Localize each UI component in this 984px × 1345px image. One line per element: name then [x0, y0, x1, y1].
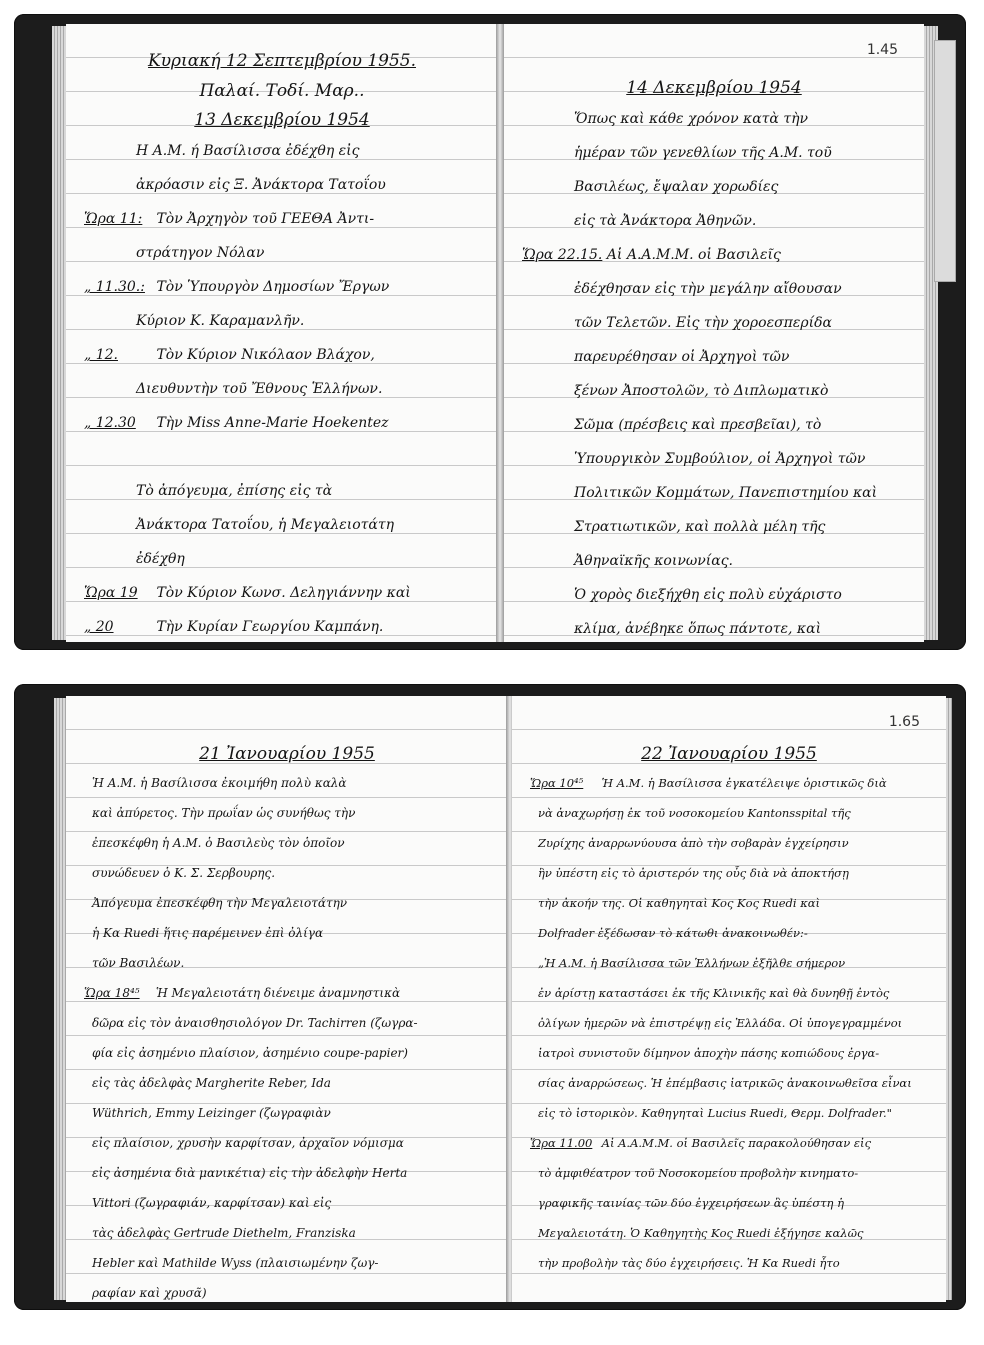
entry-time: „ 12.	[84, 338, 152, 372]
diary-page-right: 1.65 22 Ἰανουαρίου 1955 Ὥρα 10⁴⁵ Ἡ Α.Μ. …	[512, 696, 946, 1302]
entry-text: Ἡ Μεγαλειοτάτη διένειμε ἀναμνηστικὰ	[152, 986, 400, 1000]
diary-line: τῶν Βασιλέων.	[84, 948, 490, 978]
entry-text: Τὴν Κυρίαν Γεωργίου Καμπάνη.	[152, 619, 383, 635]
book-spine	[496, 24, 504, 642]
diary-line: εἰς τὰς ἀδελφὰς Margherite Reber, Ida	[84, 1068, 490, 1098]
diary-line: παρευρέθησαν οἱ Ἀρχηγοὶ τῶν	[522, 340, 906, 374]
diary-line: εἰς τὸ ἱστορικὸν. Καθηγηταὶ Lucius Ruedi…	[530, 1098, 928, 1128]
diary-line: ἐδέχθησαν εἰς τὴν μεγάλην αἴθουσαν	[522, 272, 906, 306]
diary-line: Βασιλέως, ἔψαλαν χορωδίες	[522, 170, 906, 204]
notebook-top: Κυριακή 12 Σεπτεμβρίου 1955. Παλαί. Τοδί…	[14, 14, 966, 650]
entry-date: 22 Ἰανουαρίου 1955	[530, 740, 928, 768]
diary-line: Ἀπόγευμα ἐπεσκέφθη τὴν Μεγαλειοτάτην	[84, 888, 490, 918]
diary-line: Ὥρα 11: Τὸν Ἀρχηγὸν τοῦ ΓΕΕΘΑ Ἀντι-	[84, 202, 480, 236]
entry-text: Τὸν Ὑπουργὸν Δημοσίων Ἔργων	[152, 279, 389, 295]
entry-text: Τὸν Κύριον Κωνσ. Δεληγιάννην καὶ	[152, 585, 411, 601]
diary-line: στράτηγον Νόλαν	[84, 236, 480, 270]
diary-page-left: Κυριακή 12 Σεπτεμβρίου 1955. Παλαί. Τοδί…	[66, 24, 498, 642]
diary-line: Ἀνάκτορα Τατοΐου, ἡ Μεγαλειοτάτη	[84, 508, 480, 542]
entry-time: Ὥρα 10⁴⁵	[530, 768, 598, 798]
entry-text: Τὸν Κύριον Νικόλαον Βλάχον,	[152, 347, 375, 363]
diary-line: Dolfrader ἐξέδωσαν τὸ κάτωθι ἀνακοινωθέν…	[530, 918, 928, 948]
diary-line: γραφικῆς ταινίας τῶν δύο ἐγχειρήσεων ἃς …	[530, 1188, 928, 1218]
entry-lines: Ὥρα 10⁴⁵ Ἡ Α.Μ. ἡ Βασίλισσα ἐγκατέλειψε …	[530, 768, 928, 1278]
diary-line: ξένων Ἀποστολῶν, τὸ Διπλωματικὸ	[522, 374, 906, 408]
diary-line: Vittori (ζωγραφιάν, καρφίτσαν) καὶ εἰς	[84, 1188, 490, 1218]
entry-time: Ὥρα 11.00	[530, 1128, 598, 1158]
page-edges-left	[52, 26, 66, 640]
diary-line: Κύριον Κ. Καραμανλῆν.	[84, 304, 480, 338]
page-edges-right	[946, 698, 952, 1300]
diary-line: φία εἰς ἀσημένιο πλαίσιον, ἀσημένιο coup…	[84, 1038, 490, 1068]
entry-header: Κυριακή 12 Σεπτεμβρίου 1955.	[84, 46, 480, 76]
diary-line: εἰς πλαίσιον, χρυσὴν καρφίτσαν, ἀρχαῖον …	[84, 1128, 490, 1158]
diary-line: Ἀθηναϊκῆς κοινωνίας.	[522, 544, 906, 578]
diary-line: „ 12.30 Τὴν Miss Anne-Marie Hoekentez	[84, 406, 480, 440]
entry-time: „ 20	[84, 610, 152, 642]
entry-lines: Ὅπως καὶ κάθε χρόνον κατὰ τὴνἡμέραν τῶν …	[522, 102, 906, 642]
entry-time: Ὥρα 19	[84, 576, 152, 610]
entry-lines: Η Α.Μ. ή Βασίλισσα ἐδέχθη εἰςἀκρόασιν εἰ…	[84, 134, 480, 642]
entry-lines: Ἡ Α.Μ. ἡ Βασίλισσα ἐκοιμήθη πολὺ καλὰκαὶ…	[84, 768, 490, 1302]
diary-line: καὶ ἀπύρετος. Τὴν πρωΐαν ὡς συνήθως τὴν	[84, 798, 490, 828]
diary-line: Ὅπως καὶ κάθε χρόνον κατὰ τὴν	[522, 102, 906, 136]
entry-time: Ὥρα 11:	[84, 202, 152, 236]
diary-line: ἣν ὑπέστη εἰς τὸ ἀριστερόν της οὖς διὰ ν…	[530, 858, 928, 888]
diary-line: Hebler καὶ Mathilde Wyss (πλαισιωμένην ζ…	[84, 1248, 490, 1278]
diary-line: Ὥρα 11.00 Αἱ Α.Α.Μ.Μ. οἱ Βασιλεῖς παρακο…	[530, 1128, 928, 1158]
diary-line: Στρατιωτικῶν, καὶ πολλὰ μέλη τῆς	[522, 510, 906, 544]
entry-time: „ 11.30.:	[84, 270, 152, 304]
diary-line: Ὥρα 18⁴⁵ Ἡ Μεγαλειοτάτη διένειμε ἀναμνησ…	[84, 978, 490, 1008]
diary-line: Πολιτικῶν Κομμάτων, Πανεπιστημίου καὶ	[522, 476, 906, 510]
paper-tab	[934, 40, 956, 282]
notebook-bottom: 21 Ἰανουαρίου 1955 Ἡ Α.Μ. ἡ Βασίλισσα ἐκ…	[14, 684, 966, 1310]
diary-line: ἐδέχθη	[84, 542, 480, 576]
diary-line: Ὁ χορὸς διεξήχθη εἰς πολὺ εὐχάριστο	[522, 578, 906, 612]
diary-line: νὰ ἀναχωρήσῃ ἐκ τοῦ νοσοκομείου Kantonss…	[530, 798, 928, 828]
entry-text: Αἱ Α.Α.Μ.Μ. οἱ Βασιλεῖς παρακολούθησαν ε…	[598, 1136, 871, 1150]
diary-line: δῶρα εἰς τὸν ἀναισθησιολόγον Dr. Tachirr…	[84, 1008, 490, 1038]
diary-line: ἀκρόασιν εἰς Ξ. Ἀνάκτορα Τατοΐου	[84, 168, 480, 202]
diary-line: Σῶμα (πρέσβεις καὶ πρεσβεῖαι), τὸ	[522, 408, 906, 442]
diary-line: „ 12. Τὸν Κύριον Νικόλαον Βλάχον,	[84, 338, 480, 372]
diary-line: τὴν ἀκοήν της. Οἱ καθηγηταὶ Κος Κος Rued…	[530, 888, 928, 918]
diary-line: Διευθυντὴν τοῦ Ἔθνους Ἑλλήνων.	[84, 372, 480, 406]
page-number: 1.65	[889, 714, 920, 730]
diary-line: κλίμα, ἀνέβηκε ὅπως πάντοτε, καὶ	[522, 612, 906, 642]
entry-time: Ὥρα 22.15.	[522, 238, 602, 272]
entry-time: „ 12.30	[84, 406, 152, 440]
diary-line: „ 11.30.: Τὸν Ὑπουργὸν Δημοσίων Ἔργων	[84, 270, 480, 304]
entry-text: Αἱ Α.Α.Μ.Μ. οἱ Βασιλεῖς	[602, 247, 781, 263]
diary-line: Ὥρα 19 Τὸν Κύριον Κωνσ. Δεληγιάννην καὶ	[84, 576, 480, 610]
diary-line: Ἡ Α.Μ. ἡ Βασίλισσα ἐκοιμήθη πολὺ καλὰ	[84, 768, 490, 798]
page-number: 1.45	[867, 42, 898, 58]
diary-line: ἐπεσκέφθη ἡ Α.Μ. ὁ Βασιλεὺς τὸν ὁποῖον	[84, 828, 490, 858]
entry-text: Τὸν Ἀρχηγὸν τοῦ ΓΕΕΘΑ Ἀντι-	[152, 211, 374, 227]
diary-line: „Ἡ Α.Μ. ἡ Βασίλισσα τῶν Ἑλλήνων ἐξῆλθε σ…	[530, 948, 928, 978]
diary-page-right: 1.45 14 Δεκεμβρίου 1954 Ὅπως καὶ κάθε χρ…	[504, 24, 924, 642]
entry-time: Ὥρα 18⁴⁵	[84, 978, 152, 1008]
diary-line: ἰατροὶ συνιστοῦν δίμηνον ἀποχὴν πάσης κο…	[530, 1038, 928, 1068]
diary-line: συνώδευεν ὁ Κ. Σ. Σερβουρης.	[84, 858, 490, 888]
diary-line: „ 20 Τὴν Κυρίαν Γεωργίου Καμπάνη.	[84, 610, 480, 642]
diary-line: τὸ ἀμφιθέατρον τοῦ Νοσοκομείου προβολὴν …	[530, 1158, 928, 1188]
diary-page-left: 21 Ἰανουαρίου 1955 Ἡ Α.Μ. ἡ Βασίλισσα ἐκ…	[66, 696, 508, 1302]
entry-date: 21 Ἰανουαρίου 1955	[84, 740, 490, 768]
diary-line: Ὑπουργικὸν Συμβούλιον, οἱ Ἀρχηγοὶ τῶν	[522, 442, 906, 476]
diary-line: εἰς τὰ Ἀνάκτορα Ἀθηνῶν.	[522, 204, 906, 238]
diary-line: ἡ Κα Ruedi ἥτις παρέμεινεν ἐπὶ ὀλίγα	[84, 918, 490, 948]
entry-date: 13 Δεκεμβρίου 1954	[84, 106, 480, 134]
diary-line: Μεγαλειοτάτη. Ὁ Καθηγητὴς Κος Ruedi ἐξήγ…	[530, 1218, 928, 1248]
diary-line: Τὸ ἀπόγευμα, ἐπίσης εἰς τὰ	[84, 474, 480, 508]
diary-line: Ὥρα 22.15. Αἱ Α.Α.Μ.Μ. οἱ Βασιλεῖς	[522, 238, 906, 272]
diary-line: Η Α.Μ. ή Βασίλισσα ἐδέχθη εἰς	[84, 134, 480, 168]
diary-line: σίας ἀναρρώσεως. Ἡ ἐπέμβασις ἰατρικῶς ἀν…	[530, 1068, 928, 1098]
entry-date: 14 Δεκεμβρίου 1954	[522, 74, 906, 102]
entry-text: Ἡ Α.Μ. ἡ Βασίλισσα ἐγκατέλειψε ὁριστικῶς…	[598, 776, 887, 790]
diary-line: τὰς ἀδελφὰς Gertrude Diethelm, Franziska	[84, 1218, 490, 1248]
diary-line: ὀλίγων ἡμερῶν νὰ ἐπιστρέψῃ εἰς Ἑλλάδα. Ο…	[530, 1008, 928, 1038]
page-edges-left	[54, 698, 66, 1300]
diary-line	[84, 440, 480, 474]
diary-line: Ζυρίχης ἀναρρωνύουσα ἀπὸ τὴν σοβαρὰν ἐγχ…	[530, 828, 928, 858]
diary-line: τὴν προβολὴν τὰς δύο ἐγχειρήσεις. Ἡ Κα R…	[530, 1248, 928, 1278]
diary-line: Wüthrich, Emmy Leizinger (ζωγραφιὰν	[84, 1098, 490, 1128]
diary-line: τῶν Τελετῶν. Εἰς τὴν χοροεσπερίδα	[522, 306, 906, 340]
diary-line: ραφίαν καὶ χρυσᾶ)	[84, 1278, 490, 1302]
entry-subheader: Παλαί. Τοδί. Μαρ..	[84, 76, 480, 106]
entry-text: Τὴν Miss Anne-Marie Hoekentez	[152, 415, 389, 431]
diary-line: εἰς ἀσημένια διὰ μανικέτια) εἰς τὴν ἀδελ…	[84, 1158, 490, 1188]
diary-line: Ὥρα 10⁴⁵ Ἡ Α.Μ. ἡ Βασίλισσα ἐγκατέλειψε …	[530, 768, 928, 798]
diary-line: ἐν ἀρίστῃ καταστάσει ἐκ τῆς Κλινικῆς καὶ…	[530, 978, 928, 1008]
diary-line: ἡμέραν τῶν γενεθλίων τῆς Α.Μ. τοῦ	[522, 136, 906, 170]
